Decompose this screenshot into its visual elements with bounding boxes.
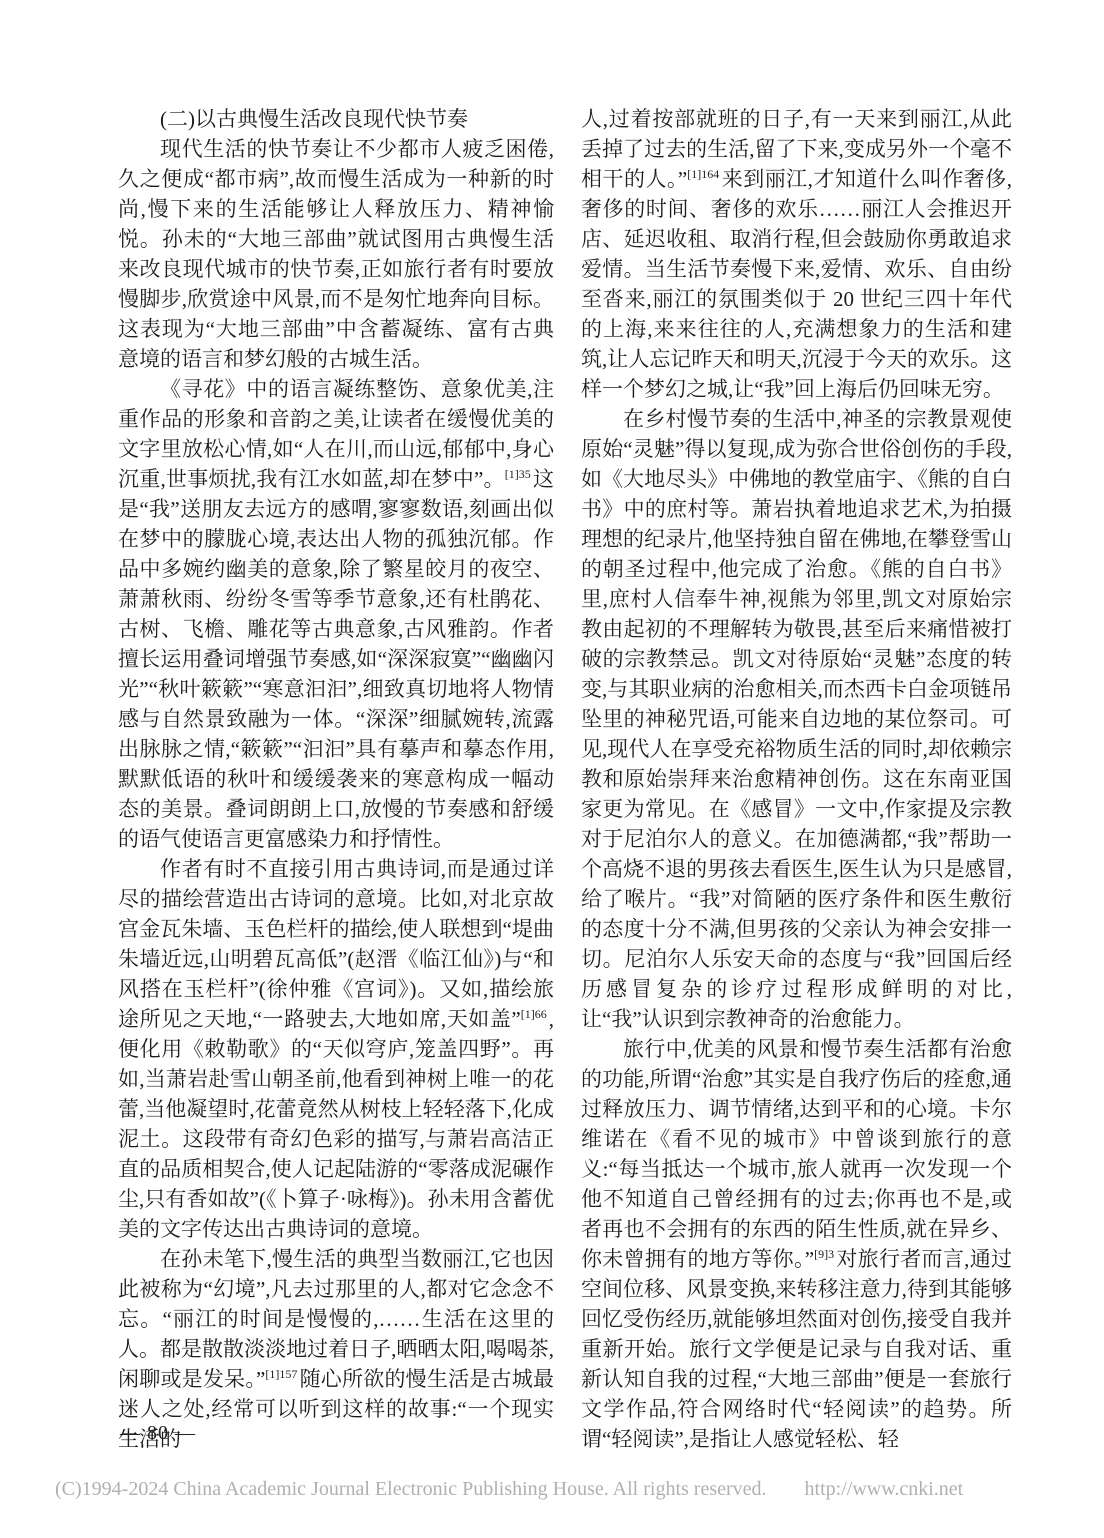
text-run: 这是“我”送朋友去远方的感喟,寥寥数语,刻画出似在梦中的朦胧心境,表达出人物的孤… — [118, 467, 554, 851]
text-run: 《寻花》中的语言凝练整饬、意象优美,注重作品的形象和音韵之美,让读者在缓慢优美的… — [118, 377, 554, 491]
paragraph: 旅行中,优美的风景和慢节奏生活都有治愈的功能,所谓“治愈”其实是自我疗伤后的痊愈… — [581, 1034, 1012, 1454]
text-run: 作者有时不直接引用古典诗词,而是通过详尽的描绘营造出古诗词的意境。比如,对北京故… — [118, 857, 554, 1031]
paragraph: 《寻花》中的语言凝练整饬、意象优美,注重作品的形象和音韵之美,让读者在缓慢优美的… — [118, 374, 554, 854]
text-run: 在乡村慢节奏的生活中,神圣的宗教景观使原始“灵魅”得以复现,成为弥合世俗创伤的手… — [581, 407, 1012, 1031]
text-column-left: (二)以古典慢生活改良现代快节奏现代生活的快节奏让不少都市人疲乏困倦,久之便成“… — [118, 104, 554, 1454]
article-body: (二)以古典慢生活改良现代快节奏现代生活的快节奏让不少都市人疲乏困倦,久之便成“… — [118, 104, 1012, 1454]
paragraph: 作者有时不直接引用古典诗词,而是通过详尽的描绘营造出古诗词的意境。比如,对北京故… — [118, 854, 554, 1244]
paragraph: 现代生活的快节奏让不少都市人疲乏困倦,久之便成“都市病”,故而慢生活成为一种新的… — [118, 134, 554, 374]
journal-page: (二)以古典慢生活改良现代快节奏现代生活的快节奏让不少都市人疲乏困倦,久之便成“… — [0, 0, 1104, 1538]
footer-copyright: (C)1994-2024 China Academic Journal Elec… — [55, 1478, 1055, 1501]
text-run: 现代生活的快节奏让不少都市人疲乏困倦,久之便成“都市病”,故而慢生活成为一种新的… — [118, 137, 554, 371]
paragraph: 在乡村慢节奏的生活中,神圣的宗教景观使原始“灵魅”得以复现,成为弥合世俗创伤的手… — [581, 404, 1012, 1034]
section-heading: (二)以古典慢生活改良现代快节奏 — [118, 104, 554, 134]
citation-ref: [1]157 — [265, 1367, 297, 1381]
footer-copyright-text: (C)1994-2024 China Academic Journal Elec… — [55, 1478, 767, 1500]
citation-ref: [1]66 — [521, 1007, 547, 1021]
text-run: ,便化用《敕勒歌》的“天似穹庐,笼盖四野”。再如,当萧岩赴雪山朝圣前,他看到神树… — [118, 1007, 554, 1241]
paragraph: 人,过着按部就班的日子,有一天来到丽江,从此丢掉了过去的生活,留了下来,变成另外… — [581, 104, 1012, 404]
citation-ref: [1]164 — [687, 167, 719, 181]
citation-ref: [9]3 — [814, 1247, 834, 1261]
text-column-right: 人,过着按部就班的日子,有一天来到丽江,从此丢掉了过去的生活,留了下来,变成另外… — [581, 104, 1012, 1454]
text-run: 来到丽江,才知道什么叫作奢侈,奢侈的时间、奢侈的欢乐……丽江人会推迟开店、延迟收… — [581, 167, 1012, 401]
citation-ref: [1]35 — [505, 467, 531, 481]
text-run: 旅行中,优美的风景和慢节奏生活都有治愈的功能,所谓“治愈”其实是自我疗伤后的痊愈… — [581, 1037, 1012, 1271]
text-run: 对旅行者而言,通过空间位移、风景变换,来转移注意力,待到其能够回忆受伤经历,就能… — [581, 1247, 1012, 1451]
text-run: (二)以古典慢生活改良现代快节奏 — [160, 107, 468, 131]
page-number: — 80 — — [120, 1422, 196, 1445]
footer-url: http://www.cnki.net — [805, 1478, 964, 1500]
